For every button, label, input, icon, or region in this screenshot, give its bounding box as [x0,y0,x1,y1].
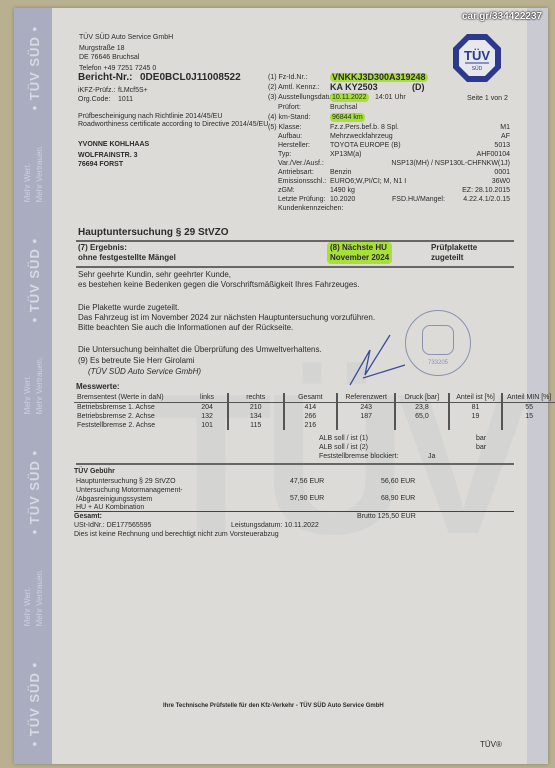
vehicle-field-mid: FSD.HU/Mangel: [392,195,445,204]
table-row: Betriebsbremse 1. Achse20421041424323,88… [74,403,555,413]
measurements-title: Messwerte: [76,382,120,392]
strip-brand: • TÜV SÜD • [27,26,42,110]
table-cell: 65,0 [395,412,449,421]
vehicle-field-value: Mehrzweckfahrzeug [330,132,393,141]
issuer-street: Murgstraße 18 [79,44,173,53]
letter-line: (9) Es betreute Sie Herr Girolami [78,356,194,366]
vehicle-field-label: Hersteller: [278,141,310,150]
vehicle-field-right: M1 [500,123,510,132]
vehicle-field-value: EURO6;W,PI/CI; M, N1 I [330,177,406,186]
table-header: Gesamt [284,393,338,403]
vehicle-field-right: 4.22.4.1/2.0.15 [463,195,510,204]
vehicle-field-value: Benzin [330,168,351,177]
total-label: Gesamt: [74,512,102,521]
vehicle-field-label: (1) Fz-Id.Nr.: [268,73,307,82]
table-header: Anteil ist [%] [449,393,503,403]
vehicle-field-right: EZ: 28.10.2015 [462,186,510,195]
strip-slogan: Mehr Vertrauen. [35,357,45,414]
right-edge-strip [527,8,548,764]
strip-slogan: Mehr Wert. [23,145,33,202]
strip-slogan: Mehr Vertrauen. [35,145,45,202]
fee-item-gross: 68,90 EUR [381,494,415,503]
side-brand-strip: • TÜV SÜD • Mehr Wert.Mehr Vertrauen. • … [14,8,52,764]
table-cell [449,421,503,430]
park-brake-value: Ja [428,452,435,461]
vehicle-field-label: Letzte Prüfung: [278,195,325,204]
vehicle-field-suffix: 14:01 Uhr [375,93,406,102]
next-inspection: (8) Nächste HU November 2024 [327,242,392,264]
table-cell: 132 [187,412,228,421]
table-cell [502,421,555,430]
vehicle-field-label: zGM: [278,186,295,195]
table-cell: 243 [337,403,395,413]
vehicle-field-right: (D) [412,83,425,92]
strip-slogan: Mehr Vertrauen. [35,569,45,626]
signature [345,330,415,390]
table-cell: 101 [187,421,228,430]
vehicle-field-value: 1490 kg [330,186,355,195]
fees-title: TÜV Gebühr [74,467,115,476]
vehicle-field-right: NSP13(MH) / NSP130L-CHFNKW(1J) [391,159,510,168]
table-cell: 266 [284,412,338,421]
fee-item-net: 47,56 EUR [290,477,324,486]
vat-id: USt-IdNr.: DE177565595 [74,521,151,530]
certificate-text-en: Roadworthiness certificate according to … [78,120,268,129]
table-cell: 115 [228,421,284,430]
vehicle-field-value: Fz.z.Pers.bef.b. 8 Spl. [330,123,399,132]
vehicle-field-label: Var./Ver./Ausf.: [278,159,324,168]
strip-brand: • TÜV SÜD • [27,662,42,746]
alb1-label: ALB soll / ist (1) [319,434,368,443]
strip-brand: • TÜV SÜD • [27,238,42,322]
stamp-logo-icon [422,325,454,355]
alb1-unit: bar [476,434,486,443]
issuer-name: TÜV SÜD Auto Service GmbH [79,33,173,42]
vehicle-field-label: Antriebsart: [278,168,314,177]
vehicle-field-right: AF [501,132,510,141]
letter-line: es bestehen keine Bedenken gegen die Vor… [78,280,360,290]
result-label: (7) Ergebnis: [78,243,127,253]
letter-line: (TÜV SÜD Auto Service GmbH) [88,367,201,377]
vehicle-field-value: 10.11.2022 [330,93,369,102]
ikfz-label: iKFZ-Prüfz.: [78,86,115,95]
service-date: Leistungsdatum: 10.11.2022 [231,521,319,530]
letter-line: Die Untersuchung beinhaltet die Überprüf… [78,345,322,355]
vehicle-field-label: Typ: [278,150,291,159]
fee-item-label: Hauptuntersuchung § 29 StVZO [76,477,176,486]
divider [76,463,514,465]
vehicle-field-value: XP13M(a) [330,150,362,159]
table-cell: 81 [449,403,503,413]
report-number-label: Bericht-Nr.: [78,72,132,83]
table-row: Betriebsbremse 2. Achse13213426618765,01… [74,412,555,421]
table-row: Feststellbremse 2. Achse101115216 [74,421,555,430]
table-cell: 19 [449,412,503,421]
letter-line: Bitte beachten Sie auch die Informatione… [78,323,293,333]
divider [76,240,514,242]
vehicle-field-label: (4) km-Stand: [268,113,310,122]
strip-slogan: Mehr Wert. [23,569,33,626]
site-watermark: car.gr/334422237 [462,11,542,22]
table-cell: 23,8 [395,403,449,413]
table-cell [395,421,449,430]
table-header: links [187,393,228,403]
vehicle-field-value: TOYOTA EUROPE (B) [330,141,401,150]
vehicle-field-label: Kundenkennzeichen: [278,204,343,213]
issuer-address: TÜV SÜD Auto Service GmbH Murgstraße 18 … [79,33,173,73]
table-cell: 210 [228,403,284,413]
vehicle-field-label: (3) Ausstellungsdatum: [268,93,339,102]
table-cell: 134 [228,412,284,421]
table-cell: 55 [502,403,555,413]
vehicle-field-right: 0001 [494,168,510,177]
table-cell: 414 [284,403,338,413]
vehicle-field-label: Emissionsschl.: [278,177,326,186]
inspection-title: Hauptuntersuchung § 29 StVZO [78,227,229,238]
table-cell: 204 [187,403,228,413]
next-inspection-label: (8) Nächste HU [330,243,389,253]
org-code-label: Org.Code: [78,95,110,104]
sticker-label: Prüfplakette [431,243,477,253]
table-cell: Betriebsbremse 1. Achse [74,403,187,413]
table-cell [337,421,395,430]
letter-line: Die Plakette wurde zugeteilt. [78,303,179,313]
vehicle-field-value: 96844 km [330,113,365,122]
table-header: Druck [bar] [395,393,449,403]
strip-brand: • TÜV SÜD • [27,450,42,534]
vehicle-field-value: 10.2020 [330,195,355,204]
owner-address: YVONNE KOHLHAAS WOLFRAINSTR. 3 76694 FOR… [78,140,149,169]
org-code-value: 1011 [118,95,133,104]
tuv-sud-logo-icon: TÜV SÜD [452,33,502,83]
footer-tagline: Ihre Technische Prüfstelle für den Kfz-V… [163,703,384,709]
next-inspection-value: November 2024 [330,253,389,263]
owner-city: 76694 FORST [78,160,149,169]
vehicle-field-value: Bruchsal [330,103,357,112]
divider [76,266,514,268]
ikfz-value: fLMcf5S+ [118,86,148,95]
table-cell: 15 [502,412,555,421]
invoice-note: Dies ist keine Rechnung und berechtigt n… [74,530,279,539]
vehicle-field-right: 36W0 [492,177,510,186]
owner-name: YVONNE KOHLHAAS [78,140,149,149]
letter-line: Das Fahrzeug ist im November 2024 zur nä… [78,313,375,323]
result-value: ohne festgestellte Mängel [78,253,176,263]
sticker-value: zugeteilt [431,253,463,263]
svg-text:TÜV: TÜV [464,48,490,63]
vehicle-field-right: AHF00104 [477,150,510,159]
vehicle-field-label: (2) Amtl. Kennz.: [268,83,320,92]
vehicle-field-right: 5013 [494,141,510,150]
table-cell: 187 [337,412,395,421]
table-cell: Feststellbremse 2. Achse [74,421,187,430]
table-header: Anteil MIN [%] [502,393,555,403]
table-header: Referenzwert [337,393,395,403]
vehicle-field-value: KA KY2503 [330,83,378,92]
park-brake-label: Feststellbremse blockiert: [319,452,398,461]
background-watermark-logo: TÜV [150,350,520,580]
table-header: Bremsentest (Werte in daN) [74,393,187,403]
vehicle-field-label: (5) Klasse: [268,123,301,132]
owner-street: WOLFRAINSTR. 3 [78,151,149,160]
table-cell: 216 [284,421,338,430]
strip-slogan: Mehr Wert. [23,357,33,414]
total-value: Brutto 125,50 EUR [357,512,416,521]
report-number: 0DE0BCL0J11008522 [140,72,241,83]
fee-item-label: Untersuchung Motormanagement- /Abgasrein… [76,486,183,504]
issuer-city: DE 76646 Bruchsal [79,53,173,62]
table-cell: Betriebsbremse 2. Achse [74,412,187,421]
alb2-unit: bar [476,443,486,452]
vehicle-field-value: VNKKJ3D300A319248 [330,73,428,82]
brake-test-table: Bremsentest (Werte in daN)linksrechtsGes… [74,393,555,430]
vehicle-field-label: Prüfort: [278,103,301,112]
alb2-label: ALB soll / ist (2) [319,443,368,452]
page-info: Seite 1 von 2 [467,94,508,103]
footer-brand: TÜV® [480,740,502,749]
stamp-number: 733205 [428,360,448,366]
svg-text:SÜD: SÜD [472,65,483,72]
table-header: rechts [228,393,284,403]
divider [74,511,514,512]
fee-item-net: 57,90 EUR [290,494,324,503]
letter-line: Sehr geehrte Kundin, sehr geehrter Kunde… [78,270,231,280]
vehicle-field-label: Aufbau: [278,132,302,141]
fee-item-gross: 56,60 EUR [381,477,415,486]
